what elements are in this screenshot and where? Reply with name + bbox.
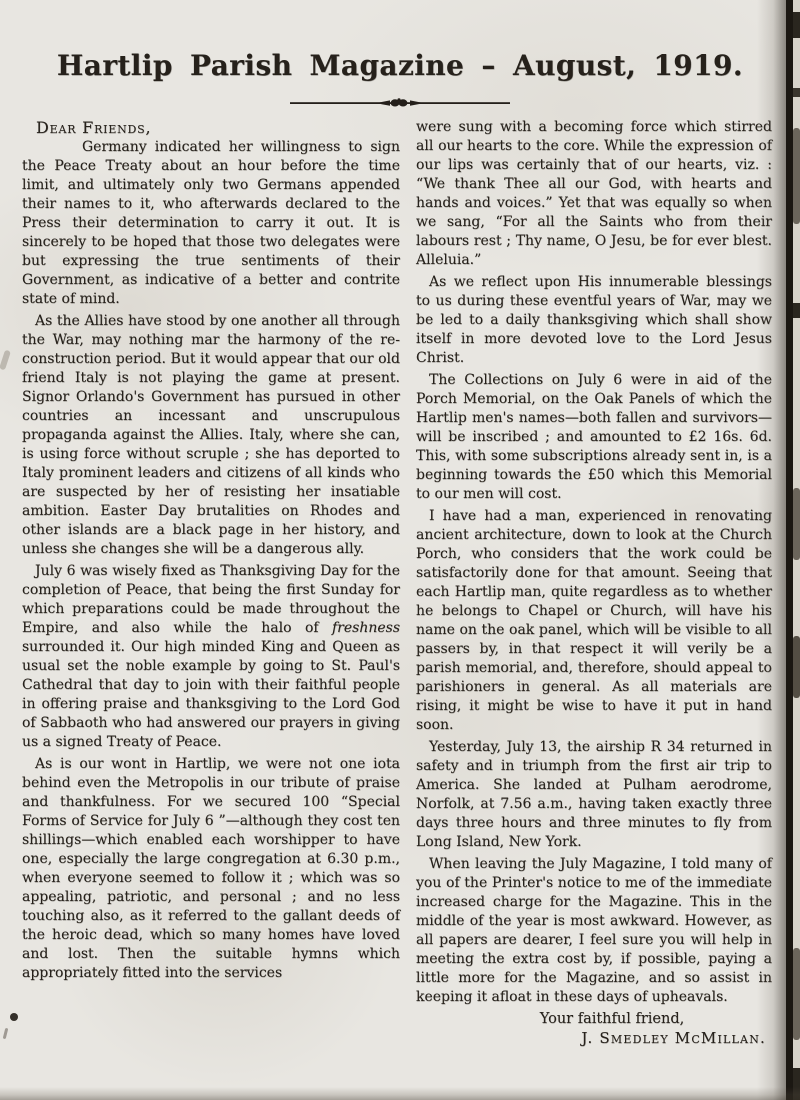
salutation: Dear Friends, <box>36 118 400 137</box>
adjacent-page-fragment <box>793 948 800 1040</box>
signature: J. Smedley McMillan. <box>416 1029 772 1048</box>
paragraph-thanksgiving-text-end: surrounded it. Our high minded King and … <box>22 639 400 750</box>
paragraph-allies-italy: As the Allies have stood by one another … <box>22 312 400 559</box>
valediction: Your faithful friend, <box>416 1010 772 1029</box>
ink-spot-artifact <box>10 1013 18 1021</box>
letter-body: Dear Friends, Germany indicated her will… <box>0 106 800 1048</box>
adjacent-page-fragment <box>793 488 800 560</box>
adjacent-page-fragment <box>793 303 800 318</box>
divider-ornament-graphic <box>288 97 512 109</box>
scanned-magazine-page: Hartlip Parish Magazine – August, 1919. … <box>0 0 800 1100</box>
paragraph-magazine-price: When leaving the July Magazine, I told m… <box>416 855 772 1007</box>
paragraph-thanksgiving-day: July 6 was wisely fixed as Thanksgiving … <box>22 562 400 752</box>
paragraph-hymns-continued: were sung with a becoming force which st… <box>416 118 772 270</box>
left-column: Dear Friends, Germany indicated her will… <box>22 118 400 1048</box>
paragraph-porch-memorial-collections: The Collections on July 6 were in aid of… <box>416 371 772 504</box>
adjacent-page-fragment <box>793 128 800 224</box>
bottom-scan-shadow <box>0 1087 800 1100</box>
paragraph-church-porch-renovation: I have had a man, experienced in renovat… <box>416 507 772 735</box>
right-column: were sung with a becoming force which st… <box>416 118 772 1048</box>
paragraph-daily-thanksgiving: As we reflect upon His innumerable bless… <box>416 273 772 368</box>
adjacent-page-fragment <box>793 636 800 698</box>
magazine-title: Hartlip Parish Magazine – August, 1919. <box>0 0 800 82</box>
paragraph-airship-r34: Yesterday, July 13, the airship R 34 ret… <box>416 738 772 852</box>
adjacent-page-edge <box>793 0 800 1100</box>
title-ornament-divider <box>288 94 512 106</box>
paragraph-special-forms: As is our wont in Hartlip, we were not o… <box>22 755 400 983</box>
paragraph-peace-treaty: Germany indicated her willingness to sig… <box>22 138 400 309</box>
italic-word-freshness: freshness <box>332 620 400 636</box>
adjacent-page-fragment <box>793 88 800 97</box>
adjacent-page-fragment <box>793 12 800 38</box>
